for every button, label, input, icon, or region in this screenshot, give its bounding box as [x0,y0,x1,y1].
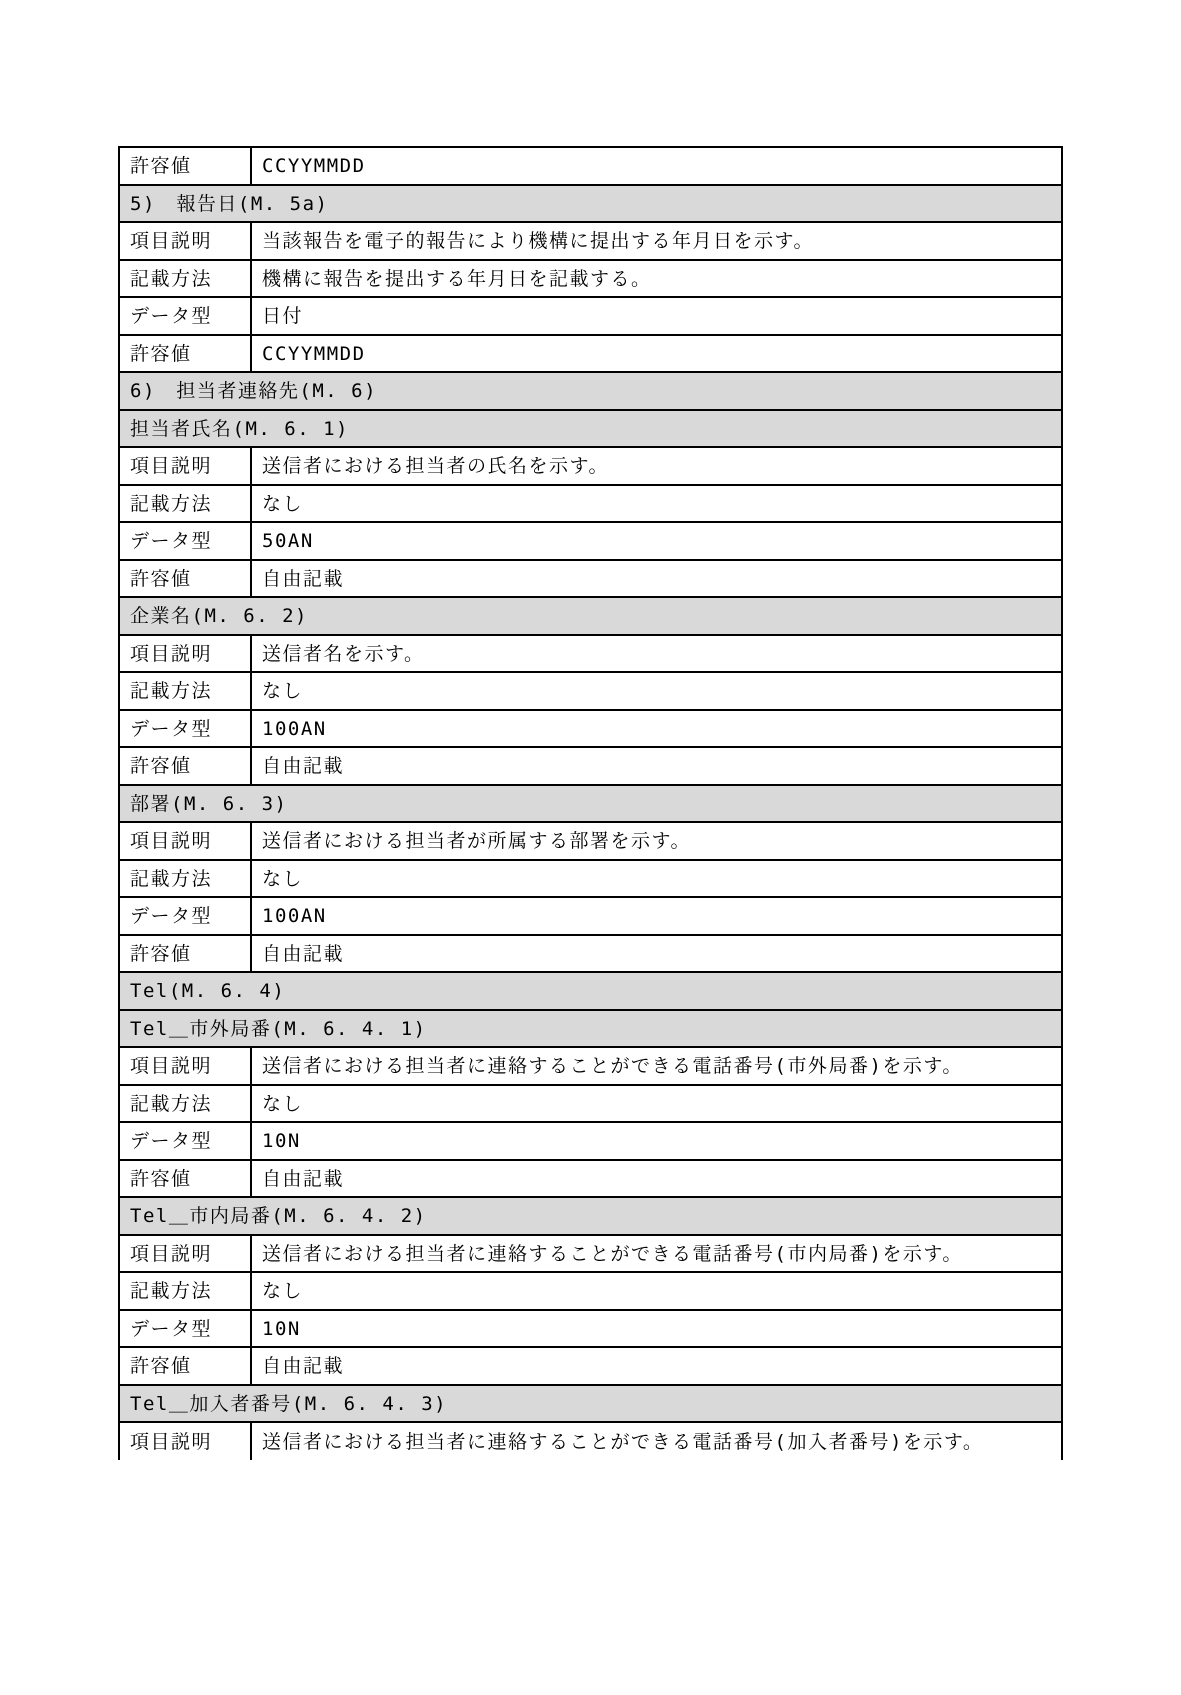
field-value-cell: 10N [251,1310,1062,1348]
field-label-cell: 許容値 [119,147,251,185]
field-row: 記載方法なし [119,672,1062,710]
field-row: 項目説明送信者における担当者に連絡することができる電話番号(加入者番号)を示す。 [119,1422,1062,1460]
field-row: 許容値自由記載 [119,747,1062,785]
field-row: 項目説明送信者における担当者に連絡することができる電話番号(市外局番)を示す。 [119,1047,1062,1085]
field-row: 項目説明送信者名を示す。 [119,635,1062,673]
section-header-row: 担当者氏名(M. 6. 1) [119,410,1062,448]
section-header-cell: 部署(M. 6. 3) [119,785,1062,823]
field-value-cell: 自由記載 [251,1347,1062,1385]
field-row: 項目説明送信者における担当者に連絡することができる電話番号(市内局番)を示す。 [119,1235,1062,1273]
field-label-cell: データ型 [119,1310,251,1348]
section-header-cell: 5) 報告日(M. 5a) [119,185,1062,223]
field-row: 許容値自由記載 [119,935,1062,973]
field-row: 許容値自由記載 [119,1160,1062,1198]
field-label-cell: データ型 [119,710,251,748]
field-label-cell: 項目説明 [119,1047,251,1085]
field-label-cell: 記載方法 [119,485,251,523]
field-row: データ型100AN [119,897,1062,935]
field-row: 記載方法なし [119,485,1062,523]
field-value-cell: CCYYMMDD [251,335,1062,373]
field-row: 記載方法機構に報告を提出する年月日を記載する。 [119,260,1062,298]
field-value-cell: 送信者における担当者に連絡することができる電話番号(市内局番)を示す。 [251,1235,1062,1273]
field-row: データ型日付 [119,297,1062,335]
field-row: 記載方法なし [119,1085,1062,1123]
field-label-cell: 許容値 [119,935,251,973]
field-label-cell: 記載方法 [119,1085,251,1123]
field-row: 記載方法なし [119,1272,1062,1310]
field-value-cell: なし [251,672,1062,710]
document-page: 許容値CCYYMMDD5) 報告日(M. 5a)項目説明当該報告を電子的報告によ… [0,0,1181,1695]
field-value-cell: 10N [251,1122,1062,1160]
field-label-cell: データ型 [119,522,251,560]
field-label-cell: 項目説明 [119,1422,251,1460]
section-header-row: Tel＿加入者番号(M. 6. 4. 3) [119,1385,1062,1423]
field-row: 許容値自由記載 [119,560,1062,598]
field-value-cell: 送信者における担当者に連絡することができる電話番号(市外局番)を示す。 [251,1047,1062,1085]
field-label-cell: 項目説明 [119,447,251,485]
field-label-cell: 記載方法 [119,1272,251,1310]
field-label-cell: 項目説明 [119,222,251,260]
section-header-cell: 企業名(M. 6. 2) [119,597,1062,635]
field-value-cell: 送信者名を示す。 [251,635,1062,673]
section-header-cell: Tel(M. 6. 4) [119,972,1062,1010]
field-row: 項目説明当該報告を電子的報告により機構に提出する年月日を示す。 [119,222,1062,260]
field-value-cell: なし [251,1272,1062,1310]
field-value-cell: 自由記載 [251,935,1062,973]
field-value-cell: 機構に報告を提出する年月日を記載する。 [251,260,1062,298]
field-row: データ型100AN [119,710,1062,748]
field-label-cell: 記載方法 [119,260,251,298]
spec-table-body: 許容値CCYYMMDD5) 報告日(M. 5a)項目説明当該報告を電子的報告によ… [119,147,1062,1460]
field-row: 許容値CCYYMMDD [119,335,1062,373]
field-label-cell: 記載方法 [119,860,251,898]
field-value-cell: 当該報告を電子的報告により機構に提出する年月日を示す。 [251,222,1062,260]
field-value-cell: 自由記載 [251,1160,1062,1198]
field-value-cell: なし [251,860,1062,898]
field-value-cell: 50AN [251,522,1062,560]
field-label-cell: 項目説明 [119,635,251,673]
field-value-cell: 送信者における担当者が所属する部署を示す。 [251,822,1062,860]
field-value-cell: 自由記載 [251,560,1062,598]
section-header-row: Tel＿市内局番(M. 6. 4. 2) [119,1197,1062,1235]
field-row: データ型50AN [119,522,1062,560]
section-header-row: 企業名(M. 6. 2) [119,597,1062,635]
spec-table: 許容値CCYYMMDD5) 報告日(M. 5a)項目説明当該報告を電子的報告によ… [118,146,1063,1460]
field-label-cell: 許容値 [119,560,251,598]
field-value-cell: 送信者における担当者に連絡することができる電話番号(加入者番号)を示す。 [251,1422,1062,1460]
section-header-row: Tel(M. 6. 4) [119,972,1062,1010]
field-row: データ型10N [119,1122,1062,1160]
field-label-cell: データ型 [119,897,251,935]
field-value-cell: なし [251,1085,1062,1123]
field-row: 項目説明送信者における担当者の氏名を示す。 [119,447,1062,485]
section-header-row: Tel＿市外局番(M. 6. 4. 1) [119,1010,1062,1048]
section-header-row: 部署(M. 6. 3) [119,785,1062,823]
field-label-cell: 項目説明 [119,1235,251,1273]
field-label-cell: 許容値 [119,1347,251,1385]
section-header-cell: Tel＿加入者番号(M. 6. 4. 3) [119,1385,1062,1423]
field-label-cell: データ型 [119,1122,251,1160]
field-value-cell: CCYYMMDD [251,147,1062,185]
field-value-cell: なし [251,485,1062,523]
field-row: 許容値自由記載 [119,1347,1062,1385]
field-row: 記載方法なし [119,860,1062,898]
section-header-cell: Tel＿市内局番(M. 6. 4. 2) [119,1197,1062,1235]
field-value-cell: 自由記載 [251,747,1062,785]
field-row: 許容値CCYYMMDD [119,147,1062,185]
field-label-cell: 許容値 [119,335,251,373]
field-row: データ型10N [119,1310,1062,1348]
field-label-cell: 記載方法 [119,672,251,710]
section-header-row: 6) 担当者連絡先(M. 6) [119,372,1062,410]
field-label-cell: 許容値 [119,1160,251,1198]
field-label-cell: 許容値 [119,747,251,785]
field-value-cell: 日付 [251,297,1062,335]
field-value-cell: 100AN [251,710,1062,748]
section-header-cell: Tel＿市外局番(M. 6. 4. 1) [119,1010,1062,1048]
field-value-cell: 100AN [251,897,1062,935]
field-value-cell: 送信者における担当者の氏名を示す。 [251,447,1062,485]
field-row: 項目説明送信者における担当者が所属する部署を示す。 [119,822,1062,860]
section-header-cell: 6) 担当者連絡先(M. 6) [119,372,1062,410]
field-label-cell: 項目説明 [119,822,251,860]
section-header-cell: 担当者氏名(M. 6. 1) [119,410,1062,448]
field-label-cell: データ型 [119,297,251,335]
section-header-row: 5) 報告日(M. 5a) [119,185,1062,223]
